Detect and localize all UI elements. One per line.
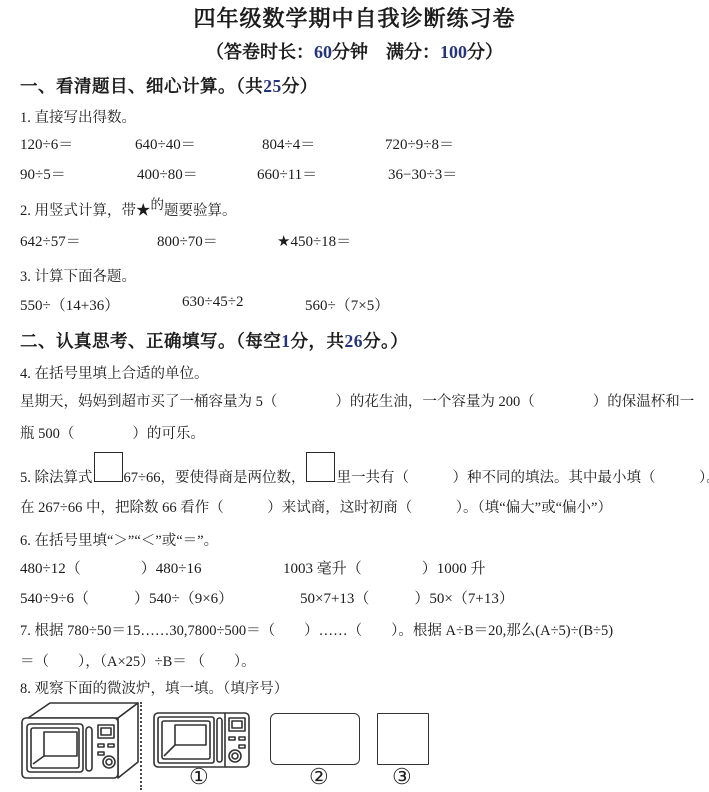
page-title: 四年级数学期中自我诊断练习卷 [0, 2, 709, 33]
equation: 90÷5＝ [20, 163, 66, 184]
q7-line2: ＝（ ），（A×25）÷B＝ （ ）。 [20, 650, 256, 671]
subtitle-text: （答卷时长： [206, 42, 314, 62]
q5-line2: 在 267÷66 中，把除数 66 看作（ ）来试商，这时初商（ ）。（填“偏大… [20, 496, 612, 517]
q7-line1: 7. 根据 780÷50＝15……30,7800÷500＝（ ）……（ ）。根据… [20, 619, 613, 640]
view-rect-2 [270, 713, 360, 765]
q3-row: 550÷（14+36） 630÷45÷2 560÷（7×5） [20, 294, 690, 314]
fig-label-2: ② [309, 764, 329, 790]
comparison: 540÷9÷6（ ）540÷（9×6） [20, 587, 233, 608]
q3-label: 3. 计算下面各题。 [20, 265, 136, 286]
equation: 640÷40＝ [135, 133, 196, 154]
equation: 720÷9÷8＝ [385, 133, 454, 154]
fig-label-1: ① [189, 764, 209, 790]
equation: 550÷（14+36） [20, 294, 119, 315]
comparison: 1003 毫升（ ）1000 升 [283, 557, 486, 578]
score-value: 100 [440, 42, 467, 62]
section1-heading: 一、看清题目、细心计算。（共25分） [20, 73, 318, 98]
q1-row1: 120÷6＝ 640÷40＝ 804÷4＝ 720÷9÷8＝ [20, 133, 690, 153]
comparison: 480÷12（ ）480÷16 [20, 557, 201, 578]
q6-label: 6. 在括号里填“＞”“＜”或“＝”。 [20, 529, 218, 550]
view-rect-3 [377, 713, 429, 765]
starred-equation: ★450÷18＝ [277, 230, 351, 251]
blank-box [94, 452, 123, 482]
exam-info-line: （答卷时长：60分钟 满分：100分） [0, 38, 709, 64]
q1-label: 1. 直接写出得数。 [20, 106, 136, 127]
time-value: 60 [314, 42, 332, 62]
q6-row1: 480÷12（ ）480÷16 1003 毫升（ ）1000 升 [20, 557, 690, 577]
equation: 36−30÷3＝ [388, 163, 457, 184]
q4-line2: 瓶 500（ ）的可乐。 [20, 422, 205, 443]
blank-box [306, 452, 335, 482]
q8-label: 8. 观察下面的微波炉，填一填。（填序号） [20, 677, 288, 698]
exam-paper: 四年级数学期中自我诊断练习卷 （答卷时长：60分钟 满分：100分） 一、看清题… [0, 0, 709, 792]
fig-label-3: ③ [392, 764, 412, 790]
dotted-divider [140, 702, 142, 790]
q2-row: 642÷57＝ 800÷70＝ ★450÷18＝ [20, 230, 690, 250]
star-icon: ★ [136, 203, 151, 219]
equation: 642÷57＝ [20, 230, 81, 251]
q4-line1: 星期天，妈妈到超市买了一桶容量为 5（ ）的花生油，一个容量为 200（ ）的保… [20, 390, 694, 411]
equation: 800÷70＝ [157, 230, 218, 251]
q5-line1: 5. 除法算式67÷66，要使得商是两位数，里一共有（ ）种不同的填法。其中最小… [20, 452, 709, 487]
comparison: 50×7+13（ ）50×（7+13） [300, 587, 514, 608]
equation: 630÷45÷2 [182, 294, 243, 311]
q6-row2: 540÷9÷6（ ）540÷（9×6） 50×7+13（ ）50×（7+13） [20, 587, 690, 607]
q2-label: 2. 用竖式计算，带★的题要验算。 [20, 199, 237, 220]
equation: 400÷80＝ [137, 163, 198, 184]
microwave-3d-figure [20, 700, 140, 780]
equation: 120÷6＝ [20, 133, 73, 154]
q4-label: 4. 在括号里填上合适的单位。 [20, 362, 209, 383]
q1-row2: 90÷5＝ 400÷80＝ 660÷11＝ 36−30÷3＝ [20, 163, 690, 183]
equation: 560÷（7×5） [305, 294, 389, 315]
equation: 660÷11＝ [257, 163, 317, 184]
section2-heading: 二、认真思考、正确填写。（每空1分，共26分。） [20, 328, 408, 353]
microwave-front-figure [153, 712, 250, 768]
equation: 804÷4＝ [262, 133, 315, 154]
